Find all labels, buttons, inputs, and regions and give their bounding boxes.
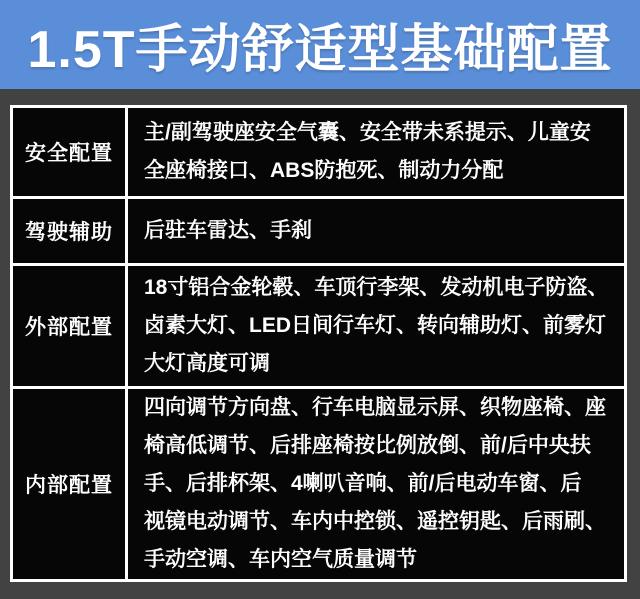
row-label-driving-assist: 驾驶辅助 xyxy=(13,199,125,263)
row-content-safety: 主/副驾驶座安全气囊、安全带未系提示、儿童安 全座椅接口、ABS防抱死、制动力分… xyxy=(128,108,624,196)
config-table: 安全配置 主/副驾驶座安全气囊、安全带未系提示、儿童安 全座椅接口、ABS防抱死… xyxy=(10,105,627,582)
page-title: 1.5T手动舒适型基础配置 xyxy=(27,7,612,82)
page: 1.5T手动舒适型基础配置 安全配置 主/副驾驶座安全气囊、安全带未系提示、儿童… xyxy=(0,0,640,582)
row-content-driving-assist: 后驻车雷达、手刹 xyxy=(128,199,624,263)
row-label-exterior: 外部配置 xyxy=(13,266,125,386)
row-content-interior: 四向调节方向盘、行车电脑显示屏、织物座椅、座 椅高低调节、后排座椅按比例放倒、前… xyxy=(128,389,624,579)
row-content-exterior: 18寸铝合金轮毂、车顶行李架、发动机电子防盗、 卤素大灯、LED日间行车灯、转向… xyxy=(128,266,624,386)
header-banner: 1.5T手动舒适型基础配置 xyxy=(0,0,640,89)
row-label-interior: 内部配置 xyxy=(13,389,125,579)
row-label-safety: 安全配置 xyxy=(13,108,125,196)
